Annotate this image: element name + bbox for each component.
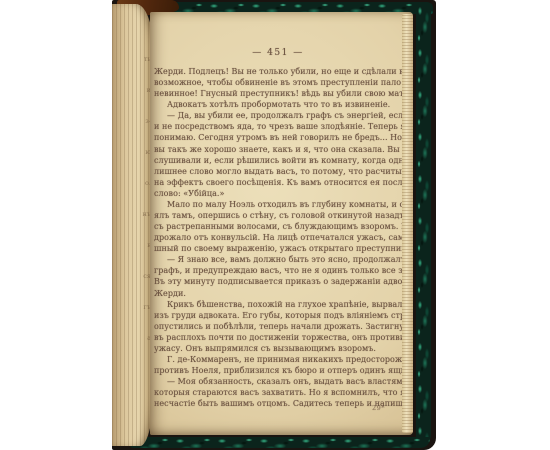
text-lines: Жерди. Подлецъ! Вы не только убили, но е… [154, 66, 402, 409]
text-line: изъ груди адвоката. Его губы, которыя по… [154, 310, 402, 321]
text-line: ужасу. Онъ выпрямился съ вызывающимъ взо… [154, 343, 402, 354]
left-page-stack: тьиз-юо.нъвсягъа [112, 4, 154, 446]
marbled-cover-right-edge [416, 3, 431, 445]
text-line: невинное! Гнусный преступникъ! вѣдь вы у… [154, 88, 402, 99]
text-line: — Да, вы убили ее, продолжалъ графъ съ э… [154, 110, 402, 121]
text-line: вы такъ же хорошо знаете, какъ и я, что … [154, 144, 402, 155]
text-line: дрожало отъ конвульсій. На лицѣ отпечата… [154, 232, 402, 243]
text-line: Жерди. Подлецъ! Вы не только убили, но е… [154, 66, 402, 77]
text-line: возможное, чтобы обвиненіе въ этомъ прес… [154, 77, 402, 88]
text-line: графъ, и предупреждаю васъ, что не я оди… [154, 265, 402, 276]
text-line: опустились и побѣлѣли, теперь начали дро… [154, 321, 402, 332]
text-line: съ растрепанными волосами, съ блуждающим… [154, 221, 402, 232]
text-line: и не посредствомъ яда, то чрезъ ваше зло… [154, 121, 402, 132]
text-line: шный по своему выраженію, ужасъ открытаг… [154, 243, 402, 254]
page-number-header: — 451 — [154, 48, 402, 58]
text-line: слово: «Убійца.» [154, 188, 402, 199]
text-line: Г. де-Коммаренъ, не принимая никакихъ пр… [154, 354, 402, 365]
book-photo: тьиз-юо.нъвсягъа — 451 — Жерди. Подлецъ!… [112, 0, 436, 450]
text-line: которыя стараются васъ захватить. Но я в… [154, 387, 402, 398]
text-line: слушивали и, если рѣшились войти въ комн… [154, 155, 402, 166]
page-block-fore-edge [402, 14, 413, 433]
text-line: ялъ тамъ, опершись о стѣну, съ головой о… [154, 210, 402, 221]
text-line: Крикъ бѣшенства, похожій на глухое храпѣ… [154, 299, 402, 310]
text-line: понимаю. Сегодня утромъ въ ней говорилъ … [154, 132, 402, 143]
text-line: въ расплохъ почти по достиженіи торжеств… [154, 332, 402, 343]
page-text-block: — 451 — Жерди. Подлецъ! Вы не только уби… [154, 12, 402, 435]
text-line: — Я знаю все, вамъ должно быть это ясно,… [154, 254, 402, 265]
text-line: — Моя обязанность, сказалъ онъ, выдать в… [154, 376, 402, 387]
text-line: Въ эту минуту подписывается приказъ о за… [154, 276, 402, 287]
text-line: лишнее слово могло выдать васъ, то потом… [154, 166, 402, 177]
signature-mark: 29* [372, 404, 385, 412]
marbled-cover-bottom-edge [130, 437, 430, 448]
text-line: противъ Ноеля, приблизился къ бюро и отп… [154, 365, 402, 376]
text-line: Адвокатъ хотѣлъ пробормотать что то въ и… [154, 99, 402, 110]
text-line: несчастіе быть вашимъ отцомъ. Садитесь т… [154, 398, 402, 409]
book-page: — 451 — Жерди. Подлецъ! Вы не только уби… [150, 12, 413, 435]
text-line: Жерди. [154, 288, 402, 299]
text-line: Мало по малу Ноэль отходилъ въ глубину к… [154, 199, 402, 210]
text-line: на эффектъ своего посѣщенія. Къ вамъ отн… [154, 177, 402, 188]
